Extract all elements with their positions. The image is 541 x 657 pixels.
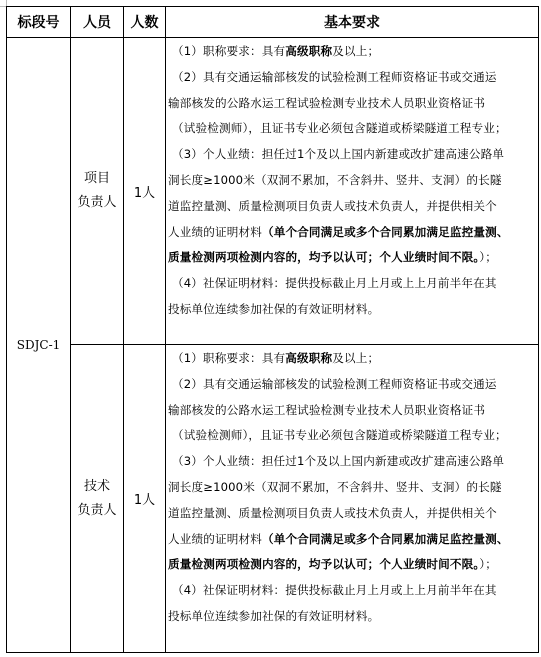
requirement-text: （2）具有交通运输部核发的试验检测工程师资格证书或交通运	[172, 70, 497, 84]
requirement-emphasis: （单个合同满足或多个合同累加满足监控量测、	[262, 225, 509, 239]
requirement-line: 输部核发的公路水运工程试验检测专业技术人员职业资格证书	[168, 91, 538, 117]
headcount: 1人	[124, 345, 166, 653]
requirement-text: 人业绩的证明材料	[168, 532, 262, 546]
requirement-text: ）；	[479, 557, 497, 571]
requirement-text: （2）具有交通运输部核发的试验检测工程师资格证书或交通运	[172, 377, 497, 391]
requirement-text: 投标单位连续参加社保的有效证明材料。	[168, 609, 379, 623]
requirement-text: （3）个人业绩：担任过1个及以上国内新建或改扩建高速公路单	[172, 147, 504, 161]
requirement-text: 输部核发的公路水运工程试验检测专业技术人员职业资格证书	[168, 403, 485, 417]
requirement-line: （2）具有交通运输部核发的试验检测工程师资格证书或交通运	[168, 65, 538, 91]
requirements-cell: （1）职称要求：具有高级职称及以上；（2）具有交通运输部核发的试验检测工程师资格…	[166, 345, 539, 653]
requirement-line: （4）社保证明材料：提供投标截止月上月或上上月前半年在其	[168, 578, 538, 604]
requirement-emphasis: 质量检测两项检测内容的，均予以认可；个人业绩时间不限。	[168, 250, 479, 264]
role-line2: 负责人	[71, 191, 123, 215]
requirement-emphasis: 高级职称	[285, 44, 332, 58]
requirement-line: （1）职称要求：具有高级职称及以上；	[168, 346, 538, 372]
header-count: 人数	[124, 7, 166, 38]
requirement-line: 投标单位连续参加社保的有效证明材料。	[168, 604, 538, 630]
requirement-line: 洞长度≥1000米（双洞不累加，不含斜井、竖井、支洞）的长隧	[168, 475, 538, 501]
requirement-text: 道监控量测、质量检测项目负责人或技术负责人，并提供相关个	[168, 199, 497, 213]
requirement-text: （3）个人业绩：担任过1个及以上国内新建或改扩建高速公路单	[172, 454, 504, 468]
role-line1: 技术	[71, 475, 123, 499]
requirement-line: （4）社保证明材料：提供投标截止月上月或上上月前半年在其	[168, 271, 538, 297]
requirement-text: ）；	[479, 250, 497, 264]
requirement-emphasis: （单个合同满足或多个合同累加满足监控量测、	[262, 532, 509, 546]
requirement-line: 人业绩的证明材料（单个合同满足或多个合同累加满足监控量测、	[168, 220, 538, 246]
requirement-text: 道监控量测、质量检测项目负责人或技术负责人，并提供相关个	[168, 506, 497, 520]
requirement-line: （1）职称要求：具有高级职称及以上；	[168, 39, 538, 65]
requirement-text: （试验检测师），且证书专业必须包含隧道或桥梁隧道工程专业；	[172, 121, 507, 135]
requirement-text: （1）职称要求：具有	[172, 44, 285, 58]
requirement-text: 洞长度≥1000米（双洞不累加，不含斜井、竖井、支洞）的长隧	[168, 480, 502, 494]
header-personnel: 人员	[71, 7, 124, 38]
requirement-text: 人业绩的证明材料	[168, 225, 262, 239]
requirement-line: 人业绩的证明材料（单个合同满足或多个合同累加满足监控量测、	[168, 527, 538, 553]
requirement-line: 输部核发的公路水运工程试验检测专业技术人员职业资格证书	[168, 398, 538, 424]
role-cell: 技术 负责人	[71, 345, 124, 653]
table-row-technical-lead: 技术 负责人 1人 （1）职称要求：具有高级职称及以上；（2）具有交通运输部核发…	[7, 345, 539, 653]
requirements-cell: （1）职称要求：具有高级职称及以上；（2）具有交通运输部核发的试验检测工程师资格…	[166, 38, 539, 345]
requirement-line: 道监控量测、质量检测项目负责人或技术负责人，并提供相关个	[168, 501, 538, 527]
requirement-line: 质量检测两项检测内容的，均予以认可；个人业绩时间不限。）；	[168, 552, 538, 578]
requirement-line: 道监控量测、质量检测项目负责人或技术负责人，并提供相关个	[168, 194, 538, 220]
role-cell: 项目 负责人	[71, 38, 124, 345]
role-line2: 负责人	[71, 499, 123, 523]
requirement-line: （3）个人业绩：担任过1个及以上国内新建或改扩建高速公路单	[168, 142, 538, 168]
requirement-emphasis: 质量检测两项检测内容的，均予以认可；个人业绩时间不限。	[168, 557, 479, 571]
requirement-text: （试验检测师），且证书专业必须包含隧道或桥梁隧道工程专业；	[172, 428, 507, 442]
requirement-text: 投标单位连续参加社保的有效证明材料。	[168, 302, 379, 316]
requirement-line: （2）具有交通运输部核发的试验检测工程师资格证书或交通运	[168, 372, 538, 398]
requirement-text: 及以上；	[332, 44, 379, 58]
requirements-table: 标段号 人员 人数 基本要求 SDJC-1 项目 负责人 1人 （1）职称要求：…	[6, 6, 539, 653]
requirement-line: 质量检测两项检测内容的，均予以认可；个人业绩时间不限。）；	[168, 245, 538, 271]
requirement-text: 洞长度≥1000米（双洞不累加，不含斜井、竖井、支洞）的长隧	[168, 173, 502, 187]
requirement-line: 洞长度≥1000米（双洞不累加，不含斜井、竖井、支洞）的长隧	[168, 168, 538, 194]
requirement-text: （4）社保证明材料：提供投标截止月上月或上上月前半年在其	[172, 276, 497, 290]
requirement-text: 输部核发的公路水运工程试验检测专业技术人员职业资格证书	[168, 96, 485, 110]
requirement-line: 投标单位连续参加社保的有效证明材料。	[168, 297, 538, 323]
requirement-emphasis: 高级职称	[285, 351, 332, 365]
headcount: 1人	[124, 38, 166, 345]
segment-id: SDJC-1	[7, 38, 71, 653]
requirement-text: 及以上；	[332, 351, 379, 365]
header-segment: 标段号	[7, 7, 71, 38]
requirement-line: （试验检测师），且证书专业必须包含隧道或桥梁隧道工程专业；	[168, 423, 538, 449]
requirement-text: （4）社保证明材料：提供投标截止月上月或上上月前半年在其	[172, 583, 497, 597]
requirement-text: （1）职称要求：具有	[172, 351, 285, 365]
requirement-line: （试验检测师），且证书专业必须包含隧道或桥梁隧道工程专业；	[168, 116, 538, 142]
header-row: 标段号 人员 人数 基本要求	[7, 7, 539, 38]
requirements-text: （1）职称要求：具有高级职称及以上；（2）具有交通运输部核发的试验检测工程师资格…	[166, 345, 538, 630]
header-requirements: 基本要求	[166, 7, 539, 38]
requirements-text: （1）职称要求：具有高级职称及以上；（2）具有交通运输部核发的试验检测工程师资格…	[166, 38, 538, 323]
requirement-line: （3）个人业绩：担任过1个及以上国内新建或改扩建高速公路单	[168, 449, 538, 475]
role-line1: 项目	[71, 167, 123, 191]
table-row-project-lead: SDJC-1 项目 负责人 1人 （1）职称要求：具有高级职称及以上；（2）具有…	[7, 38, 539, 345]
